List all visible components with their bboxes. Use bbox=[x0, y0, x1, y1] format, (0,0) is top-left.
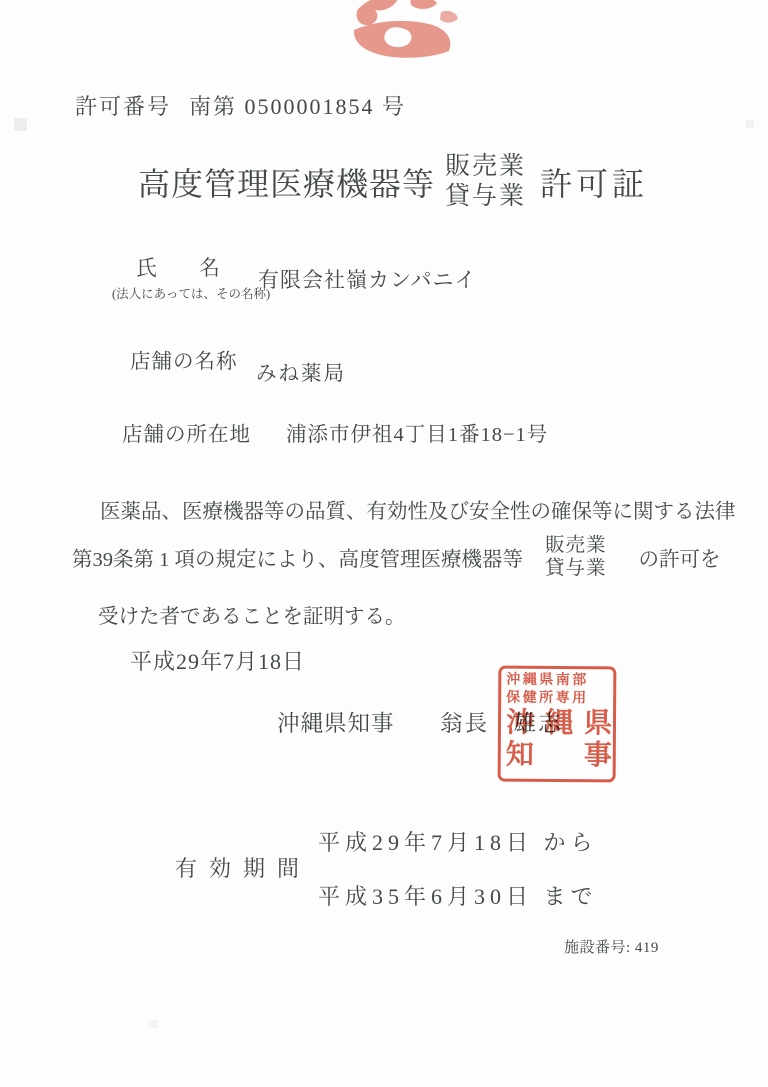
body-article-prefix: 第39条第 1 項の規定により、高度管理医療機器等 bbox=[72, 542, 523, 572]
validity-to-date: 平成35年6月30日 まで bbox=[318, 880, 598, 911]
partial-red-stamp-icon bbox=[344, 0, 464, 60]
title-business-stack: 販売業 貸与業 bbox=[445, 152, 526, 211]
facility-number-value: 419 bbox=[635, 940, 659, 956]
shop-name-label: 店舗の名称 bbox=[130, 344, 238, 374]
permit-number-line: 許可番号南第 0500001854 号 bbox=[75, 90, 406, 121]
body-article-line: 第39条第 1 項の規定により、高度管理医療機器等 販売業 貸与業 の許可を bbox=[72, 534, 721, 581]
validity-period-label: 有効期間 bbox=[175, 852, 311, 883]
seal-small-line2: 保健所専用 bbox=[506, 689, 608, 707]
shop-name-value: みね薬局 bbox=[256, 356, 346, 386]
title-main: 高度管理医療機器等 bbox=[138, 159, 435, 205]
issue-date: 平成29年7月18日 bbox=[130, 645, 305, 676]
holder-name-value: 有限会社嶺カンパニイ bbox=[258, 264, 477, 294]
seal-small-line1: 沖縄県南部 bbox=[506, 672, 608, 690]
holder-name-label: 氏 名 bbox=[136, 252, 220, 282]
body-law-line: 医薬品、医療機器等の品質、有効性及び安全性の確保等に関する法律 bbox=[100, 494, 736, 524]
facility-number-line: 施設番号: 419 bbox=[564, 936, 659, 957]
certificate-page: 許可番号南第 0500001854 号 高度管理医療機器等 販売業 貸与業 許可… bbox=[0, 0, 768, 1087]
shop-address-value: 浦添市伊祖4丁目1番18−1号 bbox=[286, 417, 548, 447]
body-article-suffix: の許可を bbox=[639, 542, 721, 572]
body-business-stack: 販売業 貸与業 bbox=[545, 534, 607, 581]
permit-number-label: 許可番号 bbox=[75, 94, 171, 119]
body-business-sales: 販売業 bbox=[545, 534, 607, 557]
certificate-title: 高度管理医療機器等 販売業 貸与業 許可証 bbox=[138, 152, 648, 211]
governor-seal-stamp: 沖縄県南部 保健所専用 沖縄県 知事 bbox=[498, 666, 617, 783]
body-certify-line: 受けた者であることを証明する。 bbox=[98, 599, 406, 629]
validity-from-date: 平成29年7月18日 から bbox=[318, 826, 598, 857]
permit-number-value: 南第 0500001854 号 bbox=[189, 94, 406, 119]
scan-artifact bbox=[14, 118, 27, 131]
title-business-lease: 貸与業 bbox=[445, 182, 526, 212]
seal-big-line1: 沖縄県 bbox=[506, 709, 608, 741]
holder-name-note: (法人にあっては、その名称) bbox=[112, 284, 270, 302]
scan-artifact bbox=[148, 1020, 158, 1028]
facility-number-label: 施設番号: bbox=[564, 940, 631, 956]
governor-office: 沖縄県知事 bbox=[277, 711, 395, 736]
title-business-sales: 販売業 bbox=[445, 152, 526, 182]
scan-artifact bbox=[746, 120, 754, 128]
body-business-lease: 貸与業 bbox=[545, 557, 607, 580]
seal-big-line2: 知事 bbox=[506, 739, 608, 772]
title-suffix: 許可証 bbox=[540, 159, 648, 205]
shop-address-label: 店舗の所在地 bbox=[122, 417, 251, 447]
